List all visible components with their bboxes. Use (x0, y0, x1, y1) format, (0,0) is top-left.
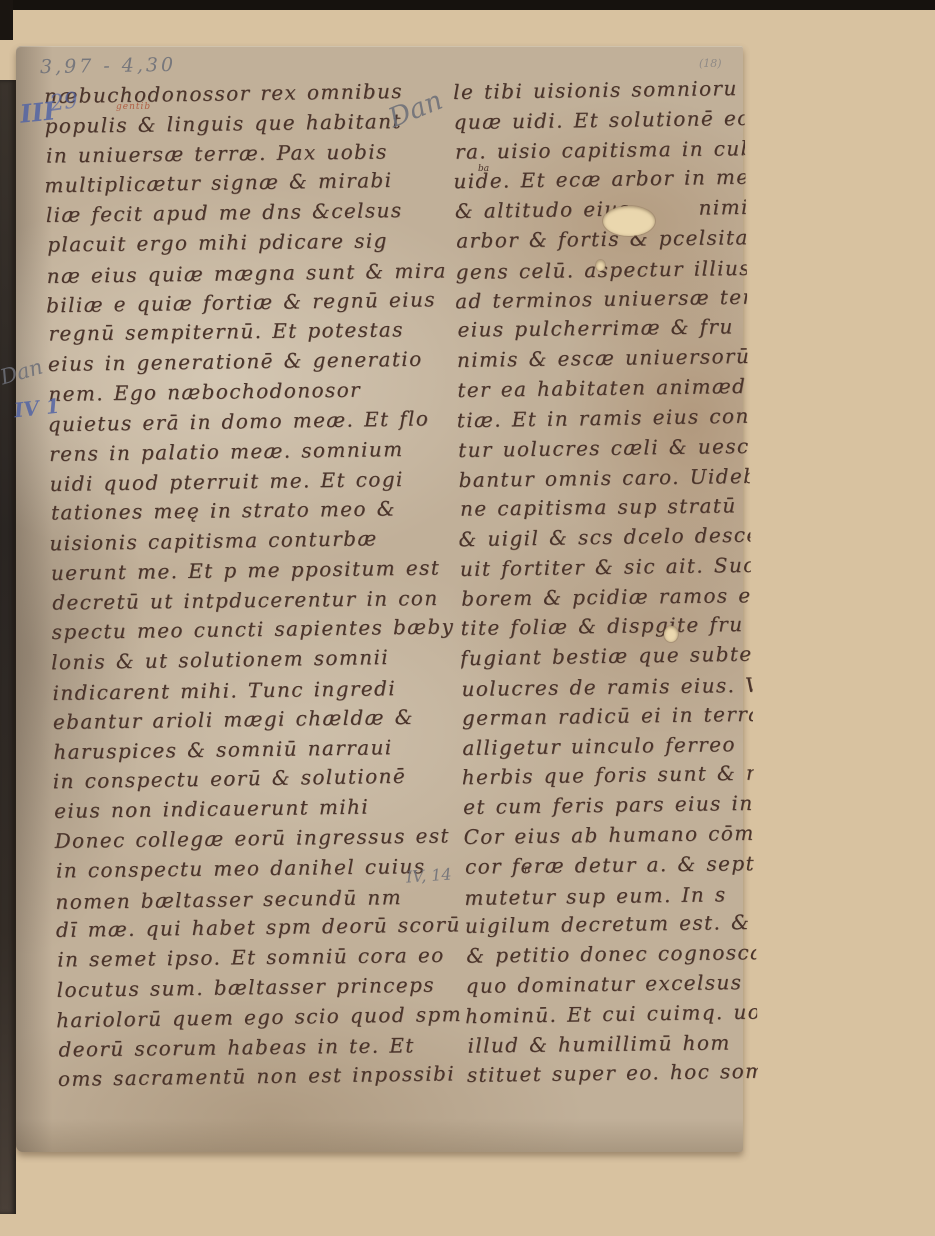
manuscript-text-line: cor feræ detur a. & septe (465, 849, 756, 882)
manuscript-text-line: hariolorū quem ego scio quod spm (56, 1000, 458, 1036)
manuscript-text-line: german radicū ei in terra si (462, 700, 753, 734)
manuscript-text-line: in conspectu meo danihel cuius (56, 851, 458, 886)
verse-number-annotation: 29 (48, 88, 79, 117)
manuscript-text-line: deorū scorum habeas in te. Et (58, 1030, 460, 1065)
manuscript-text-line: tiæ. Et in ramis eius con (457, 401, 748, 435)
manuscript-text-line: alligetur uinculo ferreo (462, 729, 753, 763)
manuscript-text-line: hominū. Et cui cuimq. uol (465, 997, 756, 1031)
photo-top-border (0, 0, 935, 10)
manuscript-text-line: eius pulcherrimæ & fru (457, 313, 748, 346)
parchment-page: næbuchodonossor rex omnibuspopulis & lin… (16, 46, 743, 1152)
manuscript-text-line: ter ea habitaten animæd (457, 372, 748, 406)
manuscript-text-line: uide. Et ecæ arbor in medio (453, 163, 744, 197)
manuscript-text-line: illud & humillimū hom (467, 1028, 758, 1061)
manuscript-text-line: regnū sempiternū. Et potestas (48, 315, 450, 350)
manuscript-text-line: ne capitisma sup stratū (460, 491, 751, 524)
manuscript-text-line: eius in generationē & generatio (48, 345, 450, 380)
manuscript-text-line: lonis & ut solutionem somnii (51, 642, 453, 678)
manuscript-text-line: & altitudo eius nimiæ (455, 193, 746, 227)
manuscript-text-line: oms sacramentū non est inpossibi (58, 1060, 460, 1095)
manuscript-text-line: quietus erā in domo meæ. Et flo (48, 404, 450, 440)
parchment-hole (603, 206, 655, 236)
manuscript-text-line: nomen bæltasser secundū nm (55, 882, 457, 917)
manuscript-text-line: fugiant bestiæ que subter (460, 640, 751, 674)
verse-range-annotation: 3,97 - 4,30 (40, 54, 176, 78)
photo-corner-border (0, 0, 13, 40)
manuscript-text-line: quæ uidi. Et solutionē eor (453, 104, 744, 138)
manuscript-text-line: et cum feris pars eius in her (463, 789, 754, 823)
text-column-left: næbuchodonossor rex omnibuspopulis & lin… (44, 76, 460, 1095)
manuscript-text-line: tur uolucres cæli & uesce (458, 431, 749, 465)
red-interlinear-gloss: gentib (116, 102, 151, 112)
manuscript-text-line: indicarent mihi. Tunc ingredi (52, 673, 454, 708)
manuscript-text-line: placuit ergo mihi pdicare sig (47, 226, 449, 261)
manuscript-text-line: borem & pcidiæ ramos e (461, 581, 752, 614)
folio-number: (18) (699, 57, 722, 70)
parchment-hole (664, 626, 678, 642)
chapter-verse-annotation: IV 1 (13, 394, 61, 423)
manuscript-text-line: arbor & fortis & pcelsitas & (456, 223, 747, 256)
manuscript-text-line: tite foliæ & dispgite fru (460, 610, 751, 644)
manuscript-text-line: in semet ipso. Et somniū cora eo (57, 941, 459, 976)
manuscript-photo: næbuchodonossor rex omnibuspopulis & lin… (0, 0, 935, 1236)
manuscript-text-line: stituet super eo. hoc som (467, 1057, 758, 1091)
manuscript-text-line: le tibi uisionis somnioru mi (453, 74, 744, 108)
book-board-edge (0, 80, 16, 1214)
manuscript-text-line: ad terminos uniuersæ ter (455, 282, 746, 316)
verse-ref-annotation: IV, 14 (405, 864, 452, 886)
manuscript-text-line: Donec collegæ eorū ingressus est (54, 821, 456, 856)
manuscript-text-line: uisionis capitisma conturbæ (49, 523, 451, 559)
manuscript-text-line: quo dominatur excelsus (465, 968, 756, 1002)
manuscript-text-line: ra. uisio capitisma in cubi (455, 134, 746, 167)
manuscript-text-line: & uigil & scs dcelo descend (458, 521, 749, 555)
manuscript-text-line: Cor eius ab humano cōmu (463, 819, 754, 853)
manuscript-text-line: nimis & escæ uniuersorū i (457, 342, 748, 376)
manuscript-text-line: uigilum decretum est. & s (465, 908, 756, 942)
parchment-hole (596, 260, 605, 271)
manuscript-text-line: uolucres de ramis eius. VE (461, 671, 752, 705)
manuscript-text-line: rens in palatio meæ. somnium (49, 434, 451, 469)
manuscript-text-line: & petitio donec cognoscan (466, 938, 757, 971)
manuscript-text-line: uerunt me. Et p me ppositum est (51, 553, 453, 588)
interlinear-correction-n: n (524, 864, 530, 875)
manuscript-text-line: herbis que foris sunt & rore ce (462, 759, 753, 793)
manuscript-text-line: decretū ut intpducerentur in con (52, 583, 454, 618)
manuscript-text-line: uit fortiter & sic ait. Succi (460, 551, 751, 585)
manuscript-text-line: mutetur sup eum. In s (464, 879, 755, 913)
interlinear-correction-ba: ba (478, 164, 489, 174)
